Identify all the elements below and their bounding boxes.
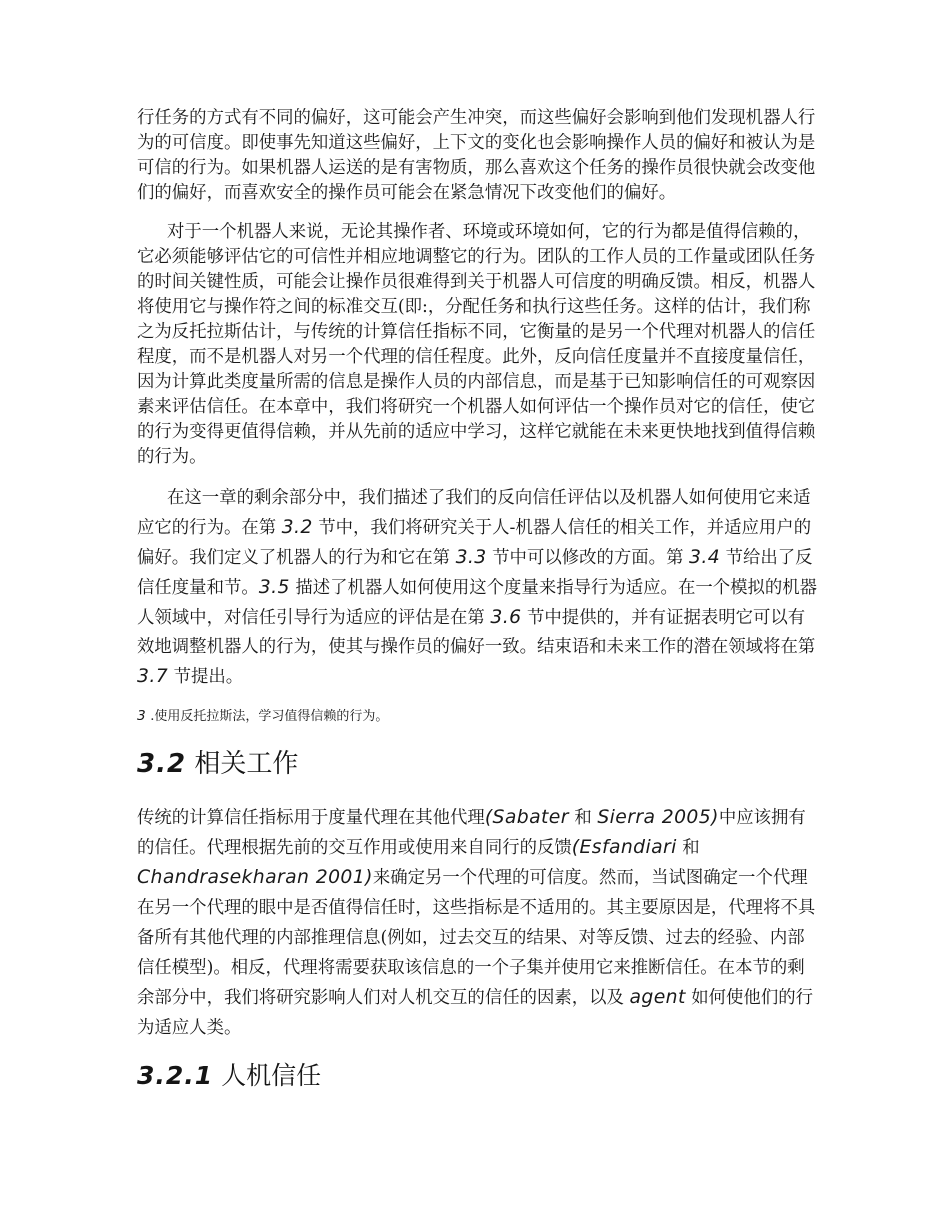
latin-text-segment: 3.3 — [456, 547, 487, 568]
latin-text-segment: Sierra 2005) — [597, 807, 719, 828]
body-paragraph-1: 行任务的方式有不同的偏好，这可能会产生冲突，而这些偏好会影响到他们发现机器人行为… — [137, 106, 821, 206]
body-paragraph-4: 传统的计算信任指标用于度量代理在其他代理(Sabater 和 Sierra 20… — [137, 803, 821, 1043]
latin-text-segment: 3.7 — [137, 666, 168, 687]
latin-text-segment: 3.2 — [282, 517, 313, 538]
latin-text-segment: 3.2 — [137, 749, 186, 779]
latin-text-segment: (Esfandiari — [572, 837, 677, 858]
cjk-text-segment: .使用反托拉斯法，学习值得信赖的行为。 — [146, 709, 388, 724]
cjk-text-segment: 传统的计算信任指标用于度量代理在其他代理 — [137, 808, 485, 828]
latin-text-segment: 3.6 — [490, 607, 521, 628]
cjk-text-segment: 行任务的方式有不同的偏好，这可能会产生冲突，而这些偏好会影响到他们发现机器人行为… — [137, 108, 815, 203]
cjk-text-segment: 相关工作 — [186, 749, 298, 779]
cjk-text-segment: 和 — [677, 838, 700, 858]
cjk-text-segment: 节提出。 — [168, 667, 243, 687]
subsection-heading-3-2-1: 3.2.1 人机信任 — [137, 1061, 821, 1091]
body-paragraph-2: 对于一个机器人来说，无论其操作者、环境或环境如何，它的行为都是值得信赖的，它必须… — [137, 220, 821, 470]
cjk-text-segment: 和 — [569, 808, 597, 828]
cjk-text-segment: 对于一个机器人来说，无论其操作者、环境或环境如何，它的行为都是值得信赖的，它必须… — [137, 222, 815, 467]
latin-text-segment: 3.5 — [259, 577, 290, 598]
latin-text-segment: Chandrasekharan 2001) — [137, 867, 373, 888]
latin-text-segment: 3 — [137, 708, 146, 724]
latin-text-segment: 3.4 — [689, 547, 720, 568]
document-page: 行任务的方式有不同的偏好，这可能会产生冲突，而这些偏好会影响到他们发现机器人行为… — [0, 0, 952, 1232]
section-heading-3-2: 3.2 相关工作 — [137, 749, 821, 779]
cjk-text-segment: 节中可以修改的方面。第 — [487, 548, 689, 568]
latin-text-segment: agent — [629, 987, 685, 1008]
cjk-text-segment: 人机信任 — [213, 1061, 321, 1090]
latin-text-segment: (Sabater — [485, 807, 569, 828]
cjk-text-segment: 来确定另一个代理的可信度。然而，当试图确定一个代理在另一个代理的眼中是否值得信任… — [137, 868, 815, 1008]
footnote: 3 .使用反托拉斯法，学习值得信赖的行为。 — [137, 706, 821, 727]
body-paragraph-3: 在这一章的剩余部分中，我们描述了我们的反向信任评估以及机器人如何使用它来适应它的… — [137, 484, 821, 692]
latin-text-segment: 3.2.1 — [137, 1061, 213, 1090]
